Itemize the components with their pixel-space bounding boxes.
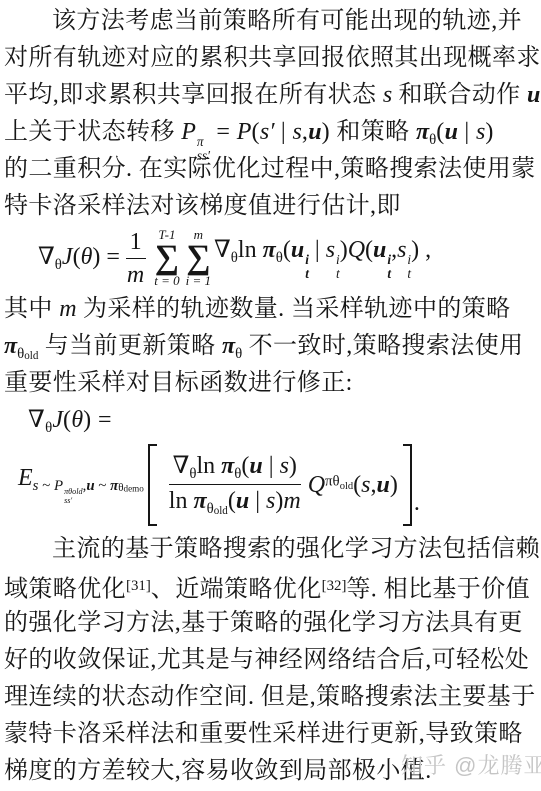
equation-lhs: ∇θJ(θ) = — [38, 242, 120, 274]
text-line: 上关于状态转移 Pπss′ = P(s′ | s,u) 和策略 πθ(u | s… — [4, 114, 538, 151]
text-line: 平均,即求累积共享回报在所有状态 s 和联合动作 u — [4, 77, 538, 114]
text-line: 蒙特卡洛采样法和重要性采样进行更新,导致策略 — [4, 716, 538, 753]
text-line: 的强化学习方法,基于策略的强化学习方法具有更 — [4, 605, 538, 642]
text-line: 理连续的状态动作空间. 但是,策略搜索法主要基于 — [4, 679, 538, 716]
summation-over-t: T-1 ∑ t = 0 — [154, 228, 179, 289]
text-line: 其中 m 为采样的轨迹数量. 当采样轨迹中的策略 — [4, 291, 538, 328]
q-value-term: Qπθold(s,u) — [308, 472, 398, 499]
left-bracket — [148, 444, 157, 526]
equation-importance-sampling: Es ~ Pπθoldss′,u ~ πθdemo ∇θln πθ(u | s)… — [4, 439, 538, 531]
expectation-term: Es ~ Pπθoldss′,u ~ πθdemo — [18, 465, 144, 506]
equation-lhs-line: ∇θJ(θ) = — [4, 402, 538, 439]
fraction-denominator: m — [123, 259, 148, 290]
fraction-numerator: ∇θln πθ(u | s) — [169, 451, 301, 486]
sum-lower-limit: i = 1 — [186, 274, 211, 288]
text-line: 特卡洛采样法对该梯度值进行估计,即 — [4, 188, 538, 225]
text-line: 该方法考虑当前策略所有可能出现的轨迹,并 — [4, 3, 538, 40]
ratio-fraction: ∇θln πθ(u | s) ln πθold(u | s)m — [165, 451, 305, 520]
sigma-icon: ∑ — [155, 242, 179, 274]
text-line: 的二重积分. 在实际优化过程中,策略搜索法使用蒙 — [4, 151, 538, 188]
sigma-icon: ∑ — [186, 242, 210, 274]
text-line: 主流的基于策略搜索的强化学习方法包括信赖 — [4, 531, 538, 568]
summation-over-i: m ∑ i = 1 — [186, 228, 211, 289]
equation-rhs: ∇θln πθ(uit | sit)Q(uit,sit) , — [214, 235, 431, 281]
equation-policy-gradient: ∇θJ(θ) = 1 m T-1 ∑ t = 0 m ∑ i = 1 ∇θln … — [4, 225, 538, 291]
fraction-denominator: ln πθold(u | s)m — [165, 485, 305, 519]
text-line: 重要性采样对目标函数进行修正: — [4, 365, 538, 402]
paper-page: 该方法考虑当前策略所有可能出现的轨迹,并 对所有轨迹对应的累积共享回报依照其出现… — [0, 0, 541, 791]
text-line: πθold 与当前更新策略 πθ 不一致时,策略搜索法使用 — [4, 328, 538, 365]
equation-period: . — [414, 490, 420, 517]
right-bracket — [403, 444, 412, 526]
watermark: 知乎 @龙腾亚太 — [401, 749, 541, 780]
fraction-one-over-m: 1 m — [123, 227, 148, 290]
text-line: 域策略优化[31]、近端策略优化[32]等. 相比基于价值 — [4, 568, 538, 605]
text-line: 好的收敛保证,尤其是与神经网络结合后,可轻松处 — [4, 642, 538, 679]
text-line: 对所有轨迹对应的累积共享回报依照其出现概率求 — [4, 40, 538, 77]
fraction-numerator: 1 — [126, 227, 146, 259]
sum-lower-limit: t = 0 — [154, 274, 179, 288]
